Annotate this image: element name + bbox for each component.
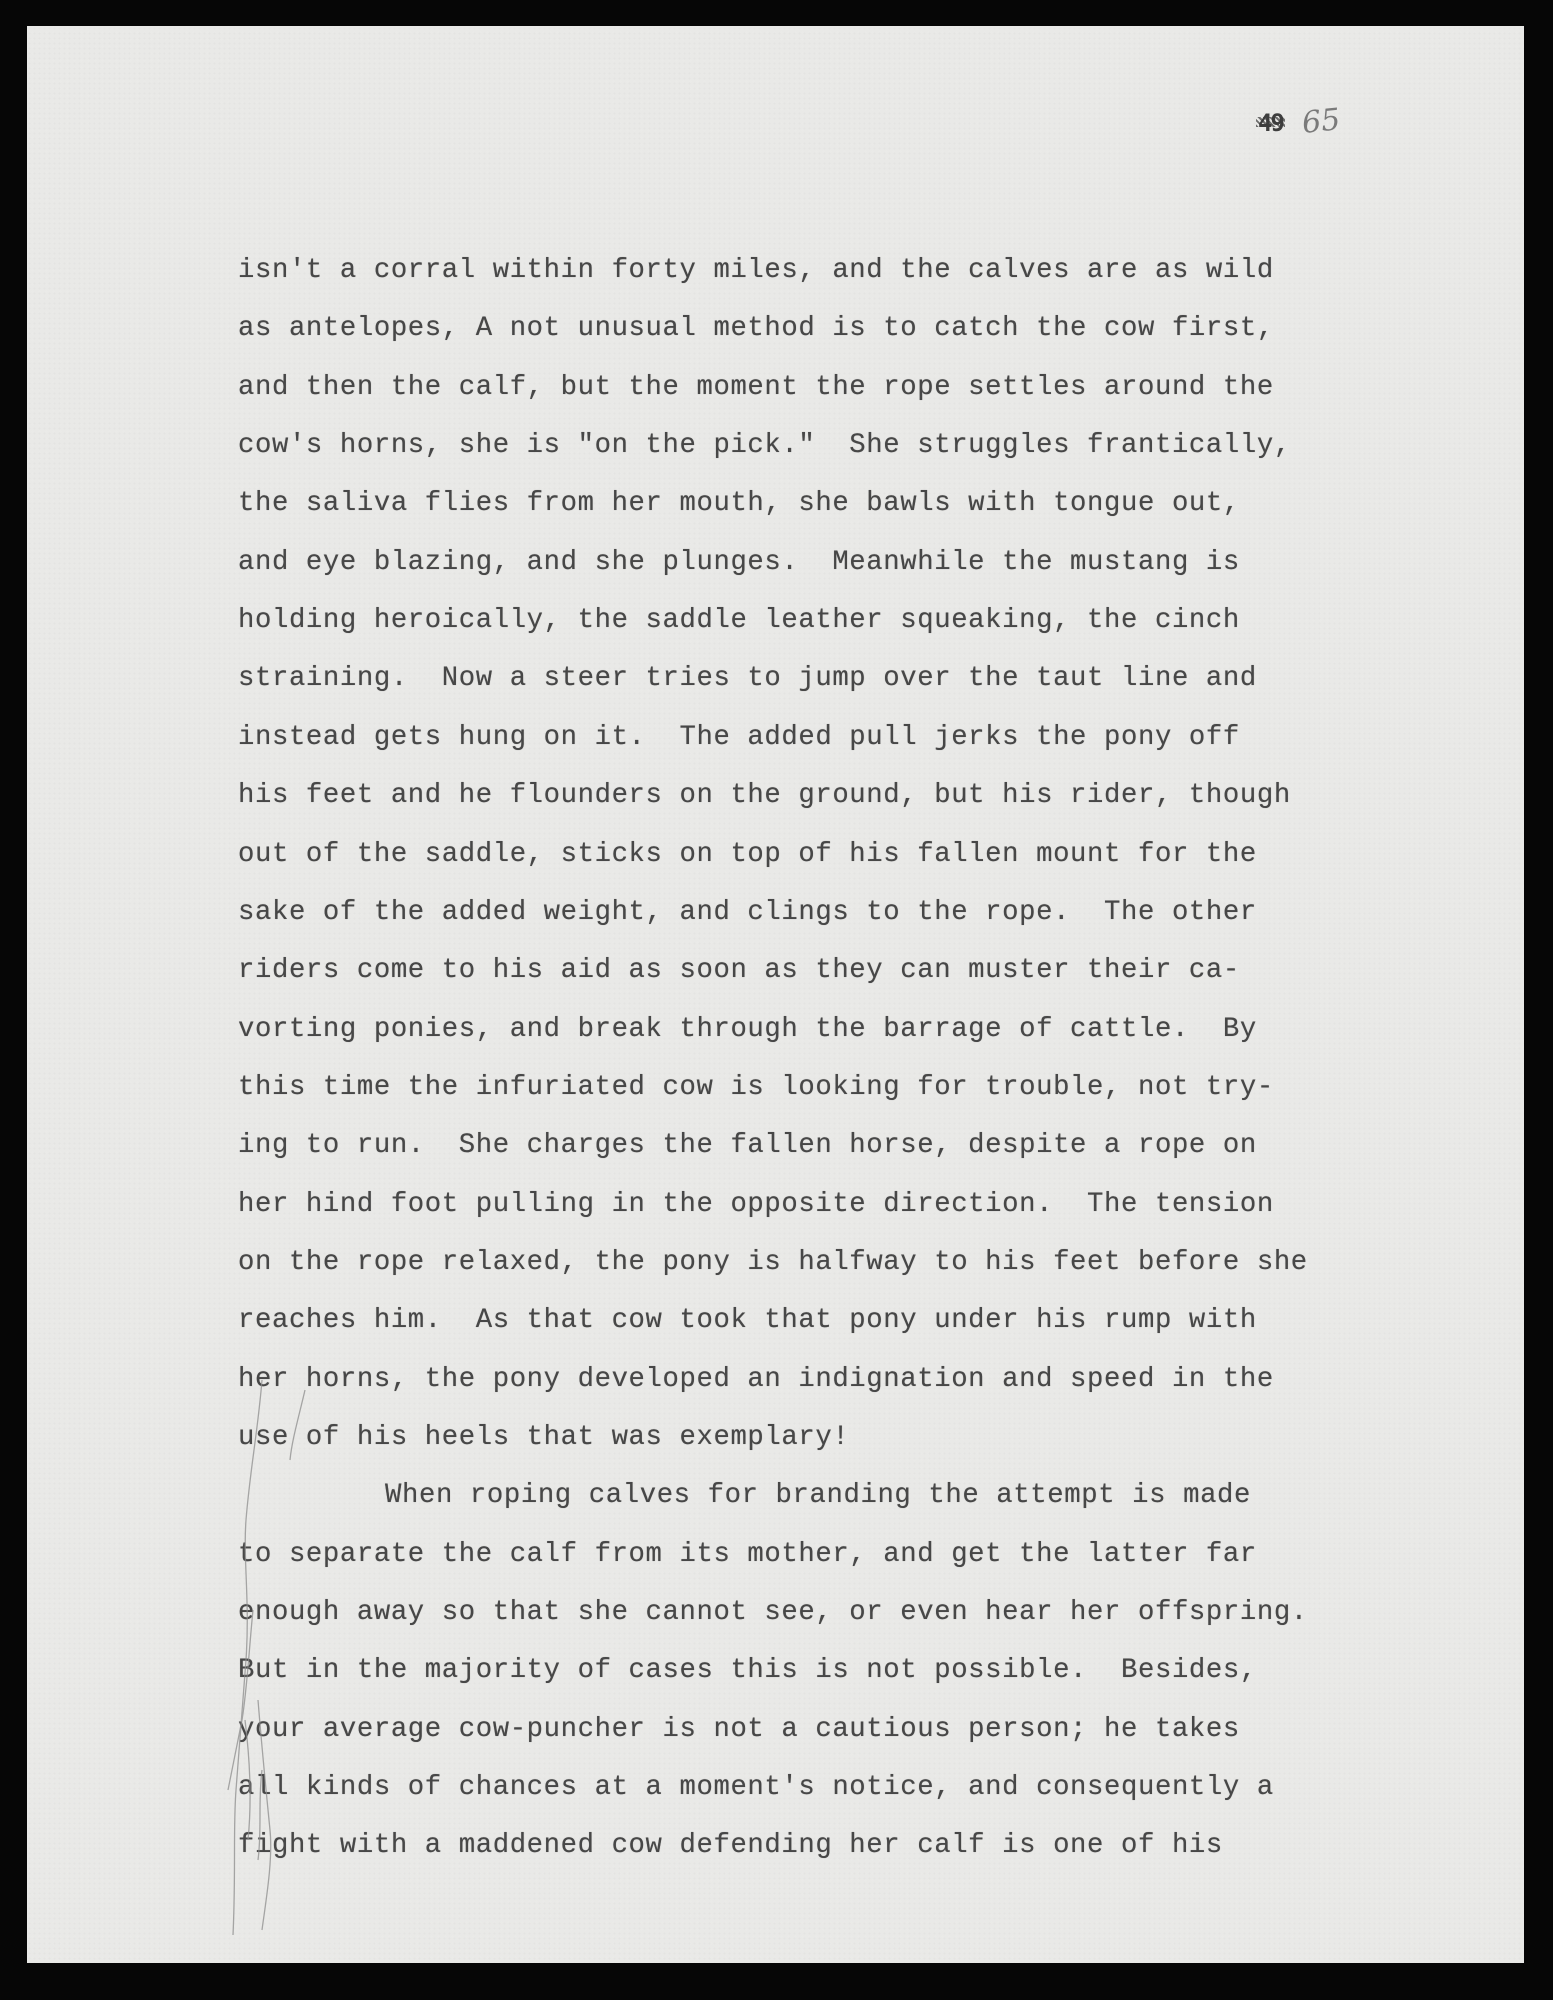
text-line: as antelopes, A not unusual method is to… bbox=[238, 312, 1274, 346]
text-line: this time the infuriated cow is looking … bbox=[238, 1071, 1274, 1105]
text-line: When roping calves for branding the atte… bbox=[385, 1479, 1251, 1513]
text-line: and eye blazing, and she plunges. Meanwh… bbox=[238, 546, 1240, 580]
text-line: her hind foot pulling in the opposite di… bbox=[238, 1188, 1274, 1222]
text-line: isn't a corral within forty miles, and t… bbox=[238, 254, 1274, 288]
text-line: to separate the calf from its mother, an… bbox=[238, 1538, 1257, 1572]
text-line: ing to run. She charges the fallen horse… bbox=[238, 1129, 1257, 1163]
text-line: instead gets hung on it. The added pull … bbox=[238, 721, 1240, 755]
text-line: his feet and he flounders on the ground,… bbox=[238, 779, 1291, 813]
text-line: holding heroically, the saddle leather s… bbox=[238, 604, 1240, 638]
text-line: enough away so that she cannot see, or e… bbox=[238, 1596, 1308, 1630]
scan-frame: 49 65 isn't a corral within forty miles,… bbox=[0, 0, 1553, 2000]
text-line: vorting ponies, and break through the ba… bbox=[238, 1013, 1257, 1047]
text-line: fight with a maddened cow defending her … bbox=[238, 1829, 1223, 1863]
text-line: straining. Now a steer tries to jump ove… bbox=[238, 662, 1257, 696]
text-line: cow's horns, she is "on the pick." She s… bbox=[238, 429, 1291, 463]
text-line: out of the saddle, sticks on top of his … bbox=[238, 838, 1257, 872]
text-line: your average cow-puncher is not a cautio… bbox=[238, 1713, 1240, 1747]
text-line: reaches him. As that cow took that pony … bbox=[238, 1304, 1257, 1338]
text-line: and then the calf, but the moment the ro… bbox=[238, 371, 1274, 405]
text-line: use of his heels that was exemplary! bbox=[238, 1421, 849, 1455]
text-line: sake of the added weight, and clings to … bbox=[238, 896, 1257, 930]
typed-body-text: isn't a corral within forty miles, and t… bbox=[0, 0, 1553, 2000]
text-line: riders come to his aid as soon as they c… bbox=[238, 954, 1240, 988]
text-line: on the rope relaxed, the pony is halfway… bbox=[238, 1246, 1308, 1280]
text-line: the saliva flies from her mouth, she baw… bbox=[238, 487, 1240, 521]
text-line: her horns, the pony developed an indigna… bbox=[238, 1363, 1274, 1397]
text-line: But in the majority of cases this is not… bbox=[238, 1654, 1257, 1688]
text-line: all kinds of chances at a moment's notic… bbox=[238, 1771, 1274, 1805]
